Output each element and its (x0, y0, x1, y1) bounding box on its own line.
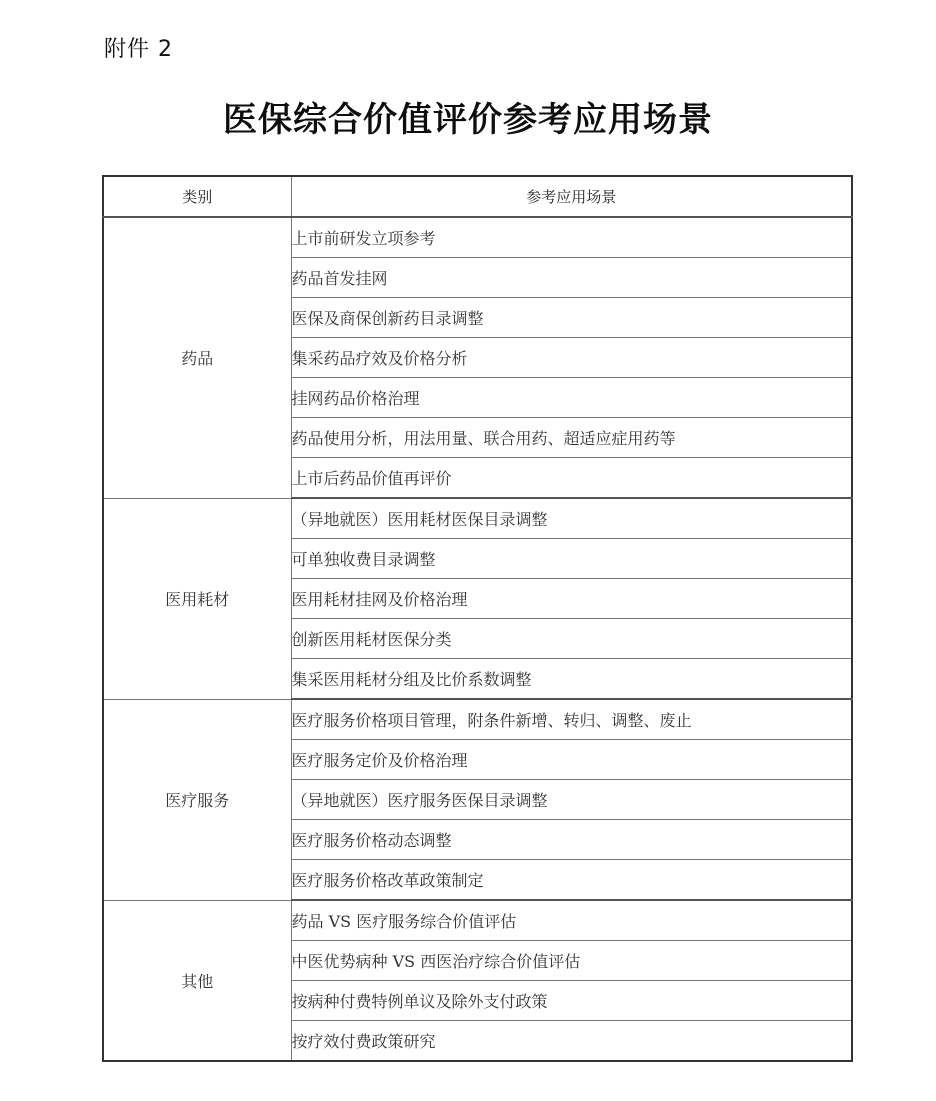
scenario-cell: 可单独收费目录调整 (291, 539, 852, 579)
scenario-cell: 上市后药品价值再评价 (291, 458, 852, 499)
scenario-cell: 中医优势病种 VS 西医治疗综合价值评估 (291, 941, 852, 981)
scenario-cell: 医疗服务价格项目管理，附条件新增、转归、调整、废止 (291, 699, 852, 740)
scenario-cell: 药品使用分析，用法用量、联合用药、超适应症用药等 (291, 418, 852, 458)
table-header-row: 类别 参考应用场景 (103, 176, 852, 217)
attachment-label: 附件 2 (104, 32, 173, 63)
scenario-cell: 上市前研发立项参考 (291, 217, 852, 258)
table-row: 药品 上市前研发立项参考 (103, 217, 852, 258)
category-cell-medical-consumables: 医用耗材 (103, 498, 291, 699)
scenario-cell: （异地就医）医疗服务医保目录调整 (291, 780, 852, 820)
table-row: 其他 药品 VS 医疗服务综合价值评估 (103, 900, 852, 941)
scenario-cell: 按疗效付费政策研究 (291, 1021, 852, 1062)
scenario-cell: 药品首发挂网 (291, 258, 852, 298)
scenario-cell: 医疗服务价格改革政策制定 (291, 860, 852, 901)
category-cell-other: 其他 (103, 900, 291, 1061)
table-row: 医疗服务 医疗服务价格项目管理，附条件新增、转归、调整、废止 (103, 699, 852, 740)
table-row: 医用耗材 （异地就医）医用耗材医保目录调整 (103, 498, 852, 539)
document-title: 医保综合价值评价参考应用场景 (0, 92, 936, 141)
scenario-cell: 医疗服务定价及价格治理 (291, 740, 852, 780)
scenario-cell: 集采药品疗效及价格分析 (291, 338, 852, 378)
scenario-cell: 按病种付费特例单议及除外支付政策 (291, 981, 852, 1021)
scenario-cell: 创新医用耗材医保分类 (291, 619, 852, 659)
scenario-cell: 医保及商保创新药目录调整 (291, 298, 852, 338)
scenario-cell: 医用耗材挂网及价格治理 (291, 579, 852, 619)
category-cell-drugs: 药品 (103, 217, 291, 498)
scenario-cell: 挂网药品价格治理 (291, 378, 852, 418)
scenario-cell: 医疗服务价格动态调整 (291, 820, 852, 860)
header-scenario: 参考应用场景 (291, 176, 852, 217)
category-cell-medical-services: 医疗服务 (103, 699, 291, 900)
scenario-cell: （异地就医）医用耗材医保目录调整 (291, 498, 852, 539)
scenario-table: 类别 参考应用场景 药品 上市前研发立项参考 药品首发挂网 医保及商保创新药目录… (102, 175, 853, 1062)
header-category: 类别 (103, 176, 291, 217)
scenario-cell: 集采医用耗材分组及比价系数调整 (291, 659, 852, 700)
scenario-cell: 药品 VS 医疗服务综合价值评估 (291, 900, 852, 941)
